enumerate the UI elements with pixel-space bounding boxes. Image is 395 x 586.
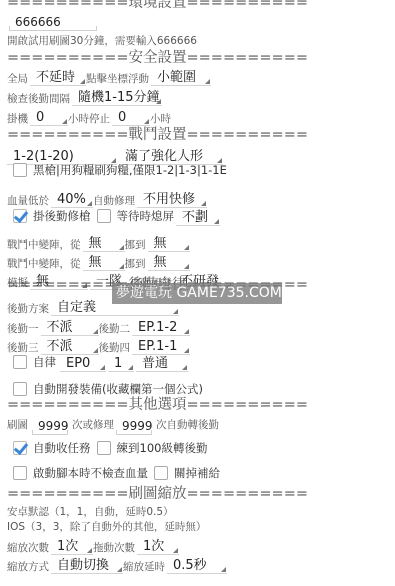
section-header-battle: ==========戰鬥設置========== [7, 126, 308, 144]
spinner-value: EP0 [60, 354, 90, 373]
lv100-label: 練到100級轉後勤 [117, 440, 208, 456]
drag-count-label: 拖動次數 [93, 541, 135, 555]
auto-logistics-label: 自律 [33, 354, 56, 370]
dropdown-triangle-icon [87, 548, 92, 553]
dropdown-triangle-icon [184, 329, 189, 334]
formation1-from-spinner[interactable]: 無 [83, 232, 125, 252]
dropdown-triangle-icon [144, 119, 149, 124]
no-supply-checkbox[interactable] [154, 466, 168, 480]
repair-count-input[interactable]: 9999 [116, 415, 152, 435]
wait-screen-off-label: 等待時熄屏 [117, 208, 175, 224]
spinner-value: 普通 [136, 354, 168, 373]
global-delay-spinner[interactable]: 不延時 [30, 66, 86, 86]
section-header-zoom: ==========刷圖縮放========== [7, 485, 308, 503]
hours-label: 小時 [150, 112, 171, 126]
dropdown-triangle-icon [156, 99, 161, 104]
stop-label: 小時停止 [68, 112, 110, 126]
formation2-to-spinner[interactable]: 無 [148, 251, 190, 271]
dropdown-triangle-icon [173, 548, 178, 553]
logistics2-label: 後勤二 [99, 322, 131, 336]
no-supply-label: 關掉補給 [174, 465, 220, 481]
no-hp-check-label: 啟動腳本時不檢查血量 [33, 465, 148, 481]
formation2-from-spinner[interactable]: 無 [83, 251, 125, 271]
section-title: ==========戰鬥設置========== [7, 126, 308, 144]
code-input-value: 666666 [9, 13, 61, 32]
runs-label: 刷圖 [7, 415, 28, 435]
dropdown-triangle-icon [184, 245, 189, 250]
auto-quest-label: 自動收任務 [33, 440, 91, 456]
wait-screen-off-checkbox[interactable] [97, 209, 111, 223]
idle-label: 掛機 [7, 112, 28, 126]
switch-label: 次自動轉後勤 [156, 415, 219, 435]
auto-quest-checkbox[interactable] [13, 441, 27, 455]
dropdown-triangle-icon [100, 365, 105, 370]
screen-off-spinner[interactable]: 不劃 [176, 206, 220, 226]
stop-hours-spinner[interactable]: 0 [112, 106, 150, 126]
dev-equip-label: 自動開發裝備(收藏欄第一個公式) [33, 381, 203, 397]
zoom-count-spinner[interactable]: 1次 [51, 535, 93, 555]
zoom-mode-label: 縮放方式 [7, 560, 49, 574]
watermark: 夢遊電玩 GAME735.COM [112, 283, 282, 304]
formation2-to-label: 挪到 [125, 257, 146, 271]
dropdown-triangle-icon [80, 79, 85, 84]
spinner-value: 0.5秒 [167, 556, 207, 575]
post-logistics-repair-label: 掛後勤修槍 [33, 208, 91, 224]
dropdown-triangle-icon [117, 567, 122, 572]
input-value: 9999 [116, 417, 153, 436]
drag-count-spinner[interactable]: 1次 [137, 535, 179, 555]
dropdown-triangle-icon [173, 309, 178, 314]
auto-ep-spinner[interactable]: EP0 [60, 352, 106, 372]
dropdown-triangle-icon [93, 329, 98, 334]
section-title: ==========其他選項========== [7, 396, 308, 414]
formation1-from-label: 戰鬥中變陣，從 [7, 238, 81, 252]
spinner-value: 1 [108, 354, 122, 373]
formation1-to-spinner[interactable]: 無 [148, 232, 190, 252]
spinner-value: 自定義 [51, 298, 96, 317]
dropdown-triangle-icon [184, 264, 189, 269]
logistics1-spinner[interactable]: 不派 [41, 316, 99, 336]
section-title: ==========安全設置========== [7, 49, 308, 67]
dropdown-triangle-icon [214, 219, 219, 224]
android-default-text: 安卓默認（1，1，自動，延時0.5） [7, 505, 174, 519]
spinner-value: 0 [30, 108, 44, 127]
global-label: 全局 [7, 72, 28, 86]
auto-logistics-checkbox[interactable] [13, 355, 27, 369]
code-input[interactable]: 666666 [9, 11, 97, 31]
interval-label: 檢查後勤間隔 [7, 92, 70, 106]
plan-label: 後勤方案 [7, 302, 49, 316]
section-header-safety: ==========安全設置========== [7, 49, 308, 67]
dropdown-triangle-icon [62, 119, 67, 124]
runs-input[interactable]: 9999 [32, 415, 68, 435]
black-gun-checkbox[interactable] [13, 163, 27, 177]
zoom-delay-label: 縮放延時 [123, 560, 165, 574]
post-logistics-repair-checkbox[interactable] [13, 209, 27, 223]
dropdown-triangle-icon [182, 365, 187, 370]
formation2-from-label: 戰鬥中變陣，從 [7, 257, 81, 271]
spinner-value: 小範圍 [151, 68, 196, 87]
zoom-mode-spinner[interactable]: 自動切換 [51, 554, 123, 574]
logistics1-label: 後勤一 [7, 322, 39, 336]
or-repair-label: 次或修理 [72, 415, 114, 435]
spinner-value: 隨機1-15分鐘 [72, 88, 160, 107]
dropdown-triangle-icon [205, 79, 210, 84]
interval-spinner[interactable]: 隨機1-15分鐘 [72, 86, 162, 106]
spinner-value: 自動切換 [51, 556, 109, 575]
trial-hint: 開啟試用刷圖30分鐘，需要輸入666666 [7, 34, 197, 48]
formation1-to-label: 挪到 [125, 238, 146, 252]
auto-difficulty-spinner[interactable]: 普通 [136, 352, 188, 372]
spinner-value: 0 [112, 108, 126, 127]
dropdown-triangle-icon [128, 365, 133, 370]
section-header-other: ==========其他選項========== [7, 396, 308, 414]
auto-stage-spinner[interactable]: 1 [108, 352, 134, 372]
input-value: 9999 [32, 417, 69, 436]
no-hp-check-checkbox[interactable] [13, 466, 27, 480]
dropdown-triangle-icon [119, 245, 124, 250]
zoom-count-label: 縮放次數 [7, 541, 49, 555]
spinner-value: 不劃 [176, 208, 208, 227]
lv100-checkbox[interactable] [97, 441, 111, 455]
idle-hours-spinner[interactable]: 0 [30, 106, 68, 126]
black-gun-label: 黑槍|用狗糧刷狗糧,僅限1-2|1-3|1-1E [33, 162, 227, 178]
logistics2-spinner[interactable]: EP.1-2 [132, 316, 190, 336]
dropdown-triangle-icon [221, 567, 226, 572]
dropdown-triangle-icon [119, 264, 124, 269]
tap-jitter-label: 點擊坐標浮動 [86, 72, 149, 86]
zoom-delay-spinner[interactable]: 0.5秒 [167, 554, 227, 574]
spinner-value: 不延時 [30, 68, 75, 87]
dev-equip-checkbox[interactable] [13, 382, 27, 396]
section-title: ==========刷圖縮放========== [7, 485, 308, 503]
ios-default-text: IOS（3，3，除了自動外的其他，延時無） [7, 520, 206, 534]
tap-jitter-spinner[interactable]: 小範圍 [151, 66, 211, 86]
